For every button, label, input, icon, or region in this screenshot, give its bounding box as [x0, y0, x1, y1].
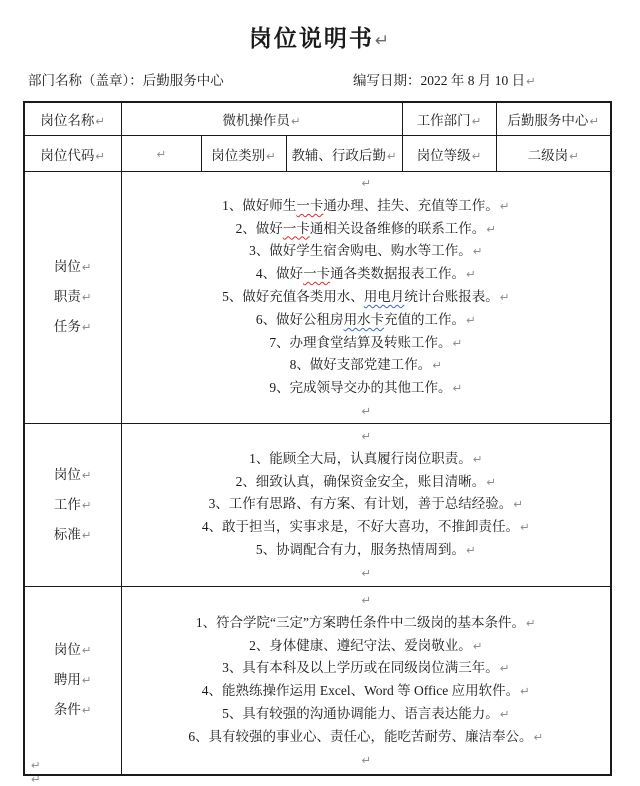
section-label-line: 条件↵ [25, 695, 121, 725]
cell-position-code-label: 岗位代码↵ [24, 136, 121, 172]
item-text: 6、具有较强的事业心、责任心，能吃苦耐劳、廉洁奉公。 [188, 729, 532, 744]
item-text: 通各类数据报表工作。 [330, 266, 465, 281]
item-text: 2、细致认真，确保资金安全，账目清晰。 [236, 474, 486, 489]
section-label-text: 岗位 [54, 259, 81, 274]
pilcrow-mark: ↵ [360, 404, 371, 418]
item-text: 统计台账报表。 [404, 289, 499, 304]
section-item-line: 5、协调配合有力，服务热情周到。↵ [122, 539, 611, 562]
pilcrow-mark: ↵ [485, 475, 496, 489]
pilcrow-mark: ↵ [512, 497, 523, 511]
section-item-line: 7、办理食堂结算及转账工作。↵ [122, 332, 611, 355]
empty-paragraph: ↵ [122, 400, 611, 423]
pilcrow-mark: ↵ [499, 661, 510, 675]
pilcrow-mark: ↵ [360, 176, 371, 190]
pilcrow-mark: ↵ [386, 149, 397, 163]
pilcrow-mark: ↵ [472, 244, 483, 258]
pilcrow-mark: ↵ [360, 429, 371, 443]
item-text: 通办理、挂失、充值等工作。 [323, 198, 499, 213]
section-label-cell: 岗位↵工作↵标准↵ [24, 423, 121, 586]
section-label-line: 聘用↵ [25, 665, 121, 695]
document-title: 岗位说明书↵ [0, 24, 640, 56]
pilcrow-mark: ↵ [81, 643, 92, 657]
item-text: 7、办理食堂结算及转账工作。 [269, 335, 451, 350]
section-label-text: 标准 [54, 527, 81, 542]
cell-work-department-label: 工作部门↵ [402, 102, 496, 136]
section-label-text: 岗位 [54, 467, 81, 482]
pilcrow-mark: ↵ [30, 758, 41, 772]
item-text: 5、做好充值各类用水、 [222, 289, 364, 304]
section-label-text: 条件 [54, 702, 81, 717]
cell-position-grade-value: 二级岗↵ [496, 136, 611, 172]
pilcrow-mark: ↵ [472, 639, 483, 653]
section-label-line: 岗位↵ [25, 252, 121, 282]
pilcrow-mark: ↵ [452, 381, 463, 395]
empty-paragraph: ↵ [30, 758, 41, 772]
section-item-line: 3、做好学生宿舍购电、购水等工作。↵ [122, 240, 611, 263]
section-label-text: 任务 [54, 319, 81, 334]
pilcrow-mark: ↵ [499, 707, 510, 721]
position-category-label: 岗位类别 [211, 148, 265, 163]
section-item-line: 5、具有较强的沟通协调能力、语言表达能力。↵ [122, 703, 611, 726]
position-category-value: 教辅、行政后勤 [291, 148, 386, 163]
section-item-line: 5、做好充值各类用水、用电月统计台账报表。↵ [122, 286, 611, 309]
section-item-line: 4、敢于担当，实事求是，不好大喜功，不推卸责任。↵ [122, 516, 611, 539]
spellcheck-marked-text: 一卡 [296, 198, 323, 213]
item-text: 3、具有本科及以上学历或在同级岗位满三年。 [222, 660, 499, 675]
cell-position-code-value: ↵ [121, 136, 201, 172]
pilcrow-mark: ↵ [94, 149, 105, 163]
pilcrow-mark: ↵ [472, 452, 483, 466]
pilcrow-mark: ↵ [81, 703, 92, 717]
item-text: 4、能熟练操作运用 Excel、Word 等 Office 应用软件。 [202, 683, 519, 698]
section-label-line: 岗位↵ [25, 635, 121, 665]
section-label-cell: 岗位↵聘用↵条件↵ [24, 586, 121, 775]
pilcrow-mark: ↵ [81, 528, 92, 542]
item-text: 8、做好支部党建工作。 [290, 357, 432, 372]
item-text: 4、敢于担当，实事求是，不好大喜功，不推卸责任。 [202, 519, 519, 534]
write-date-text: 编写日期：2022 年 8 月 10 日 [353, 73, 525, 88]
grammar-marked-text: 用电月 [364, 289, 405, 304]
section-content-cell: ↵1、符合学院“三定”方案聘任条件中二级岗的基本条件。↵2、身体健康、遵纪守法、… [121, 586, 611, 775]
section-label-line: 岗位↵ [25, 460, 121, 490]
position-name-label: 岗位名称 [40, 113, 94, 128]
section-item-line: 1、做好师生一卡通办理、挂失、充值等工作。↵ [122, 195, 611, 218]
empty-paragraph: ↵ [122, 562, 611, 585]
section-row: 岗位↵工作↵标准↵↵1、能顾全大局，认真履行岗位职责。↵2、细致认真，确保资金安… [24, 423, 611, 586]
pilcrow-mark: ↵ [499, 290, 510, 304]
pilcrow-mark: ↵ [81, 320, 92, 334]
pilcrow-mark: ↵ [525, 616, 536, 630]
pilcrow-mark: ↵ [471, 149, 482, 163]
pilcrow-mark: ↵ [471, 114, 482, 128]
section-item-line: 6、具有较强的事业心、责任心，能吃苦耐劳、廉洁奉公。↵ [122, 726, 611, 749]
section-label-line: 工作↵ [25, 490, 121, 520]
section-content-cell: ↵1、能顾全大局，认真履行岗位职责。↵2、细致认真，确保资金安全，账目清晰。↵3… [121, 423, 611, 586]
cell-position-category-value: 教辅、行政后勤↵ [286, 136, 402, 172]
pilcrow-mark: ↵ [519, 684, 530, 698]
section-item-line: 4、能熟练操作运用 Excel、Word 等 Office 应用软件。↵ [122, 680, 611, 703]
section-item-line: 6、做好公租房用水卡充值的工作。↵ [122, 309, 611, 332]
pilcrow-mark: ↵ [452, 336, 463, 350]
pilcrow-mark: ↵ [374, 31, 391, 51]
position-grade-label: 岗位等级 [417, 148, 471, 163]
empty-paragraph: ↵ [122, 172, 611, 195]
pilcrow-mark: ↵ [265, 149, 276, 163]
work-department-value: 后勤服务中心 [507, 113, 588, 128]
section-label-line: 标准↵ [25, 520, 121, 550]
department-name-label: 部门名称（盖章）：后勤服务中心 [28, 71, 224, 91]
section-label-text: 聘用 [54, 672, 81, 687]
pilcrow-mark: ↵ [81, 290, 92, 304]
item-text: 4、做好 [256, 266, 303, 281]
pilcrow-mark: ↵ [588, 114, 599, 128]
section-label-text: 岗位 [54, 642, 81, 657]
work-department-label: 工作部门 [417, 113, 471, 128]
grammar-marked-text: 用水卡 [344, 312, 385, 327]
cell-position-category-label: 岗位类别↵ [201, 136, 286, 172]
header-row-1: 岗位名称↵ 微机操作员↵ 工作部门↵ 后勤服务中心↵ [24, 102, 611, 136]
section-item-line: 2、细致认真，确保资金安全，账目清晰。↵ [122, 471, 611, 494]
item-text: 5、协调配合有力，服务热情周到。 [256, 542, 465, 557]
section-label-line: 职责↵ [25, 282, 121, 312]
section-label-cell: 岗位↵职责↵任务↵ [24, 172, 121, 424]
write-date-label: 编写日期：2022 年 8 月 10 日↵ [353, 71, 536, 91]
item-text: 1、做好师生 [222, 198, 296, 213]
cell-work-department-value: 后勤服务中心↵ [496, 102, 611, 136]
item-text: 1、符合学院“三定”方案聘任条件中二级岗的基本条件。 [196, 615, 525, 630]
section-row: 岗位↵职责↵任务↵↵1、做好师生一卡通办理、挂失、充值等工作。↵2、做好一卡通相… [24, 172, 611, 424]
section-content-cell: ↵1、做好师生一卡通办理、挂失、充值等工作。↵2、做好一卡通相关设备维修的联系工… [121, 172, 611, 424]
section-row: 岗位↵聘用↵条件↵↵1、符合学院“三定”方案聘任条件中二级岗的基本条件。↵2、身… [24, 586, 611, 775]
item-text: 9、完成领导交办的其他工作。 [269, 380, 451, 395]
pilcrow-mark: ↵ [465, 313, 476, 327]
section-item-line: 9、完成领导交办的其他工作。↵ [122, 377, 611, 400]
item-text: 6、做好公租房 [256, 312, 344, 327]
position-code-label: 岗位代码 [40, 148, 94, 163]
item-text: 3、做好学生宿舍购电、购水等工作。 [249, 243, 472, 258]
section-item-line: 2、身体健康、遵纪守法、爱岗敬业。↵ [122, 635, 611, 658]
pilcrow-mark: ↵ [568, 149, 579, 163]
section-item-line: 1、符合学院“三定”方案聘任条件中二级岗的基本条件。↵ [122, 612, 611, 635]
item-text: 3、工作有思路、有方案、有计划，善于总结经验。 [209, 496, 513, 511]
pilcrow-mark: ↵ [30, 772, 41, 786]
section-item-line: 3、具有本科及以上学历或在同级岗位满三年。↵ [122, 657, 611, 680]
item-text: 2、身体健康、遵纪守法、爱岗敬业。 [249, 638, 472, 653]
empty-paragraph: ↵ [122, 749, 611, 772]
pilcrow-mark: ↵ [525, 74, 536, 88]
pilcrow-mark: ↵ [360, 753, 371, 767]
header-row-2: 岗位代码↵ ↵ 岗位类别↵ 教辅、行政后勤↵ 岗位等级↵ 二级岗↵ [24, 136, 611, 172]
spellcheck-marked-text: 一卡 [303, 266, 330, 281]
position-grade-value: 二级岗 [528, 148, 569, 163]
pilcrow-mark: ↵ [465, 543, 476, 557]
section-label-line: 任务↵ [25, 312, 121, 342]
spellcheck-marked-text: 一卡 [283, 221, 310, 236]
pilcrow-mark: ↵ [81, 260, 92, 274]
pilcrow-mark: ↵ [81, 498, 92, 512]
item-text: 充值的工作。 [384, 312, 465, 327]
pilcrow-mark: ↵ [360, 566, 371, 580]
trailing-paragraph-marks: ↵↵ [30, 758, 41, 786]
pilcrow-mark: ↵ [485, 222, 496, 236]
cell-position-name-label: 岗位名称↵ [24, 102, 121, 136]
pilcrow-mark: ↵ [156, 147, 167, 161]
section-item-line: 2、做好一卡通相关设备维修的联系工作。↵ [122, 218, 611, 241]
pilcrow-mark: ↵ [81, 468, 92, 482]
pilcrow-mark: ↵ [94, 114, 105, 128]
section-item-line: 4、做好一卡通各类数据报表工作。↵ [122, 263, 611, 286]
document-title-text: 岗位说明书 [249, 26, 374, 51]
empty-paragraph: ↵ [122, 589, 611, 612]
cell-position-name-value: 微机操作员↵ [121, 102, 402, 136]
section-item-line: 1、能顾全大局，认真履行岗位职责。↵ [122, 448, 611, 471]
pilcrow-mark: ↵ [431, 358, 442, 372]
empty-paragraph: ↵ [122, 425, 611, 448]
pilcrow-mark: ↵ [519, 520, 530, 534]
job-description-table: 岗位名称↵ 微机操作员↵ 工作部门↵ 后勤服务中心↵ 岗位代码↵ ↵ 岗位类别↵… [23, 101, 612, 776]
cell-position-grade-label: 岗位等级↵ [402, 136, 496, 172]
meta-row: 部门名称（盖章）：后勤服务中心 编写日期：2022 年 8 月 10 日↵ [23, 71, 610, 93]
item-text: 1、能顾全大局，认真履行岗位职责。 [249, 451, 472, 466]
section-item-line: 8、做好支部党建工作。↵ [122, 354, 611, 377]
section-label-text: 工作 [54, 497, 81, 512]
pilcrow-mark: ↵ [533, 730, 544, 744]
item-text: 2、做好 [236, 221, 283, 236]
pilcrow-mark: ↵ [360, 593, 371, 607]
pilcrow-mark: ↵ [290, 114, 301, 128]
pilcrow-mark: ↵ [465, 267, 476, 281]
item-text: 5、具有较强的沟通协调能力、语言表达能力。 [222, 706, 499, 721]
pilcrow-mark: ↵ [499, 199, 510, 213]
empty-paragraph: ↵ [30, 772, 41, 786]
position-name-value: 微机操作员 [222, 113, 290, 128]
section-item-line: 3、工作有思路、有方案、有计划，善于总结经验。↵ [122, 493, 611, 516]
section-label-text: 职责 [54, 289, 81, 304]
pilcrow-mark: ↵ [81, 673, 92, 687]
item-text: 通相关设备维修的联系工作。 [310, 221, 486, 236]
